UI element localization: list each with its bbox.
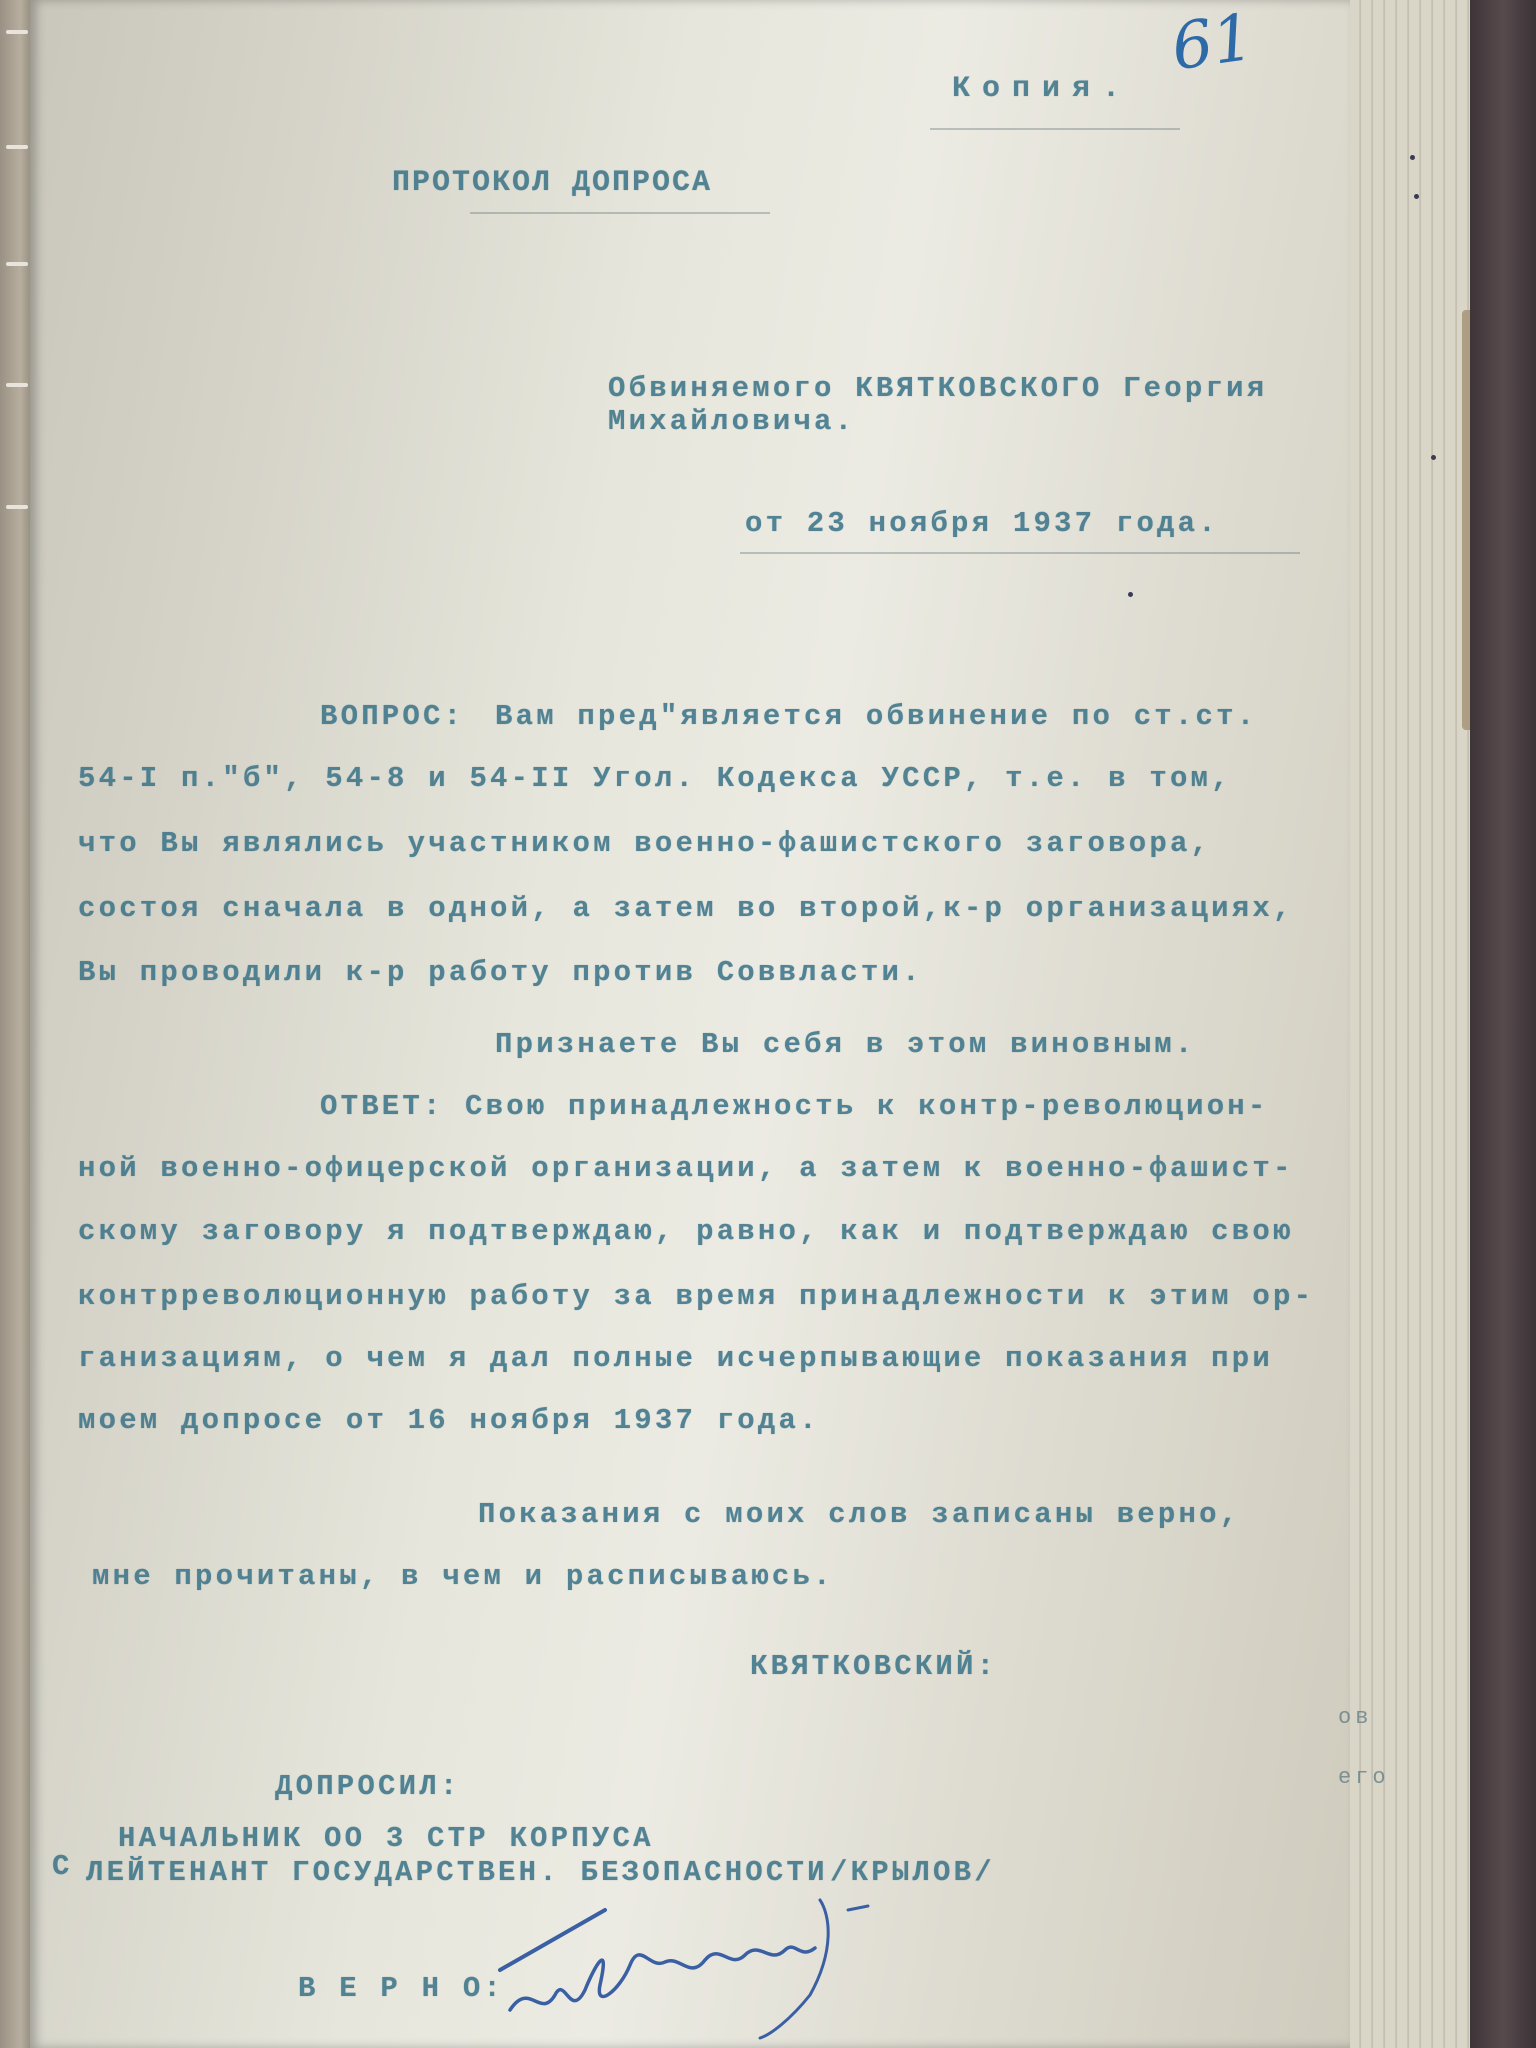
copy-mark: Копия. — [952, 72, 1132, 106]
interrogator-prefix-mark: С — [52, 1850, 73, 1883]
subject-line-1: Обвиняемого КВЯТКОВСКОГО Георгия — [608, 372, 1267, 405]
handwritten-signature-icon — [470, 1870, 950, 2040]
closing-line-1: Показания с моих слов записаны верно, — [478, 1498, 1240, 1531]
interrogator-label: ДОПРОСИЛ: — [275, 1770, 460, 1803]
answer-line: ной военно-офицерской организации, а зат… — [78, 1152, 1294, 1185]
answer-line: скому заговору я подтверждаю, равно, как… — [78, 1215, 1294, 1248]
answer-line: ганизациям, о чем я дал полные исчерпыва… — [78, 1342, 1273, 1375]
question-line: Вы проводили к-р работу против Соввласти… — [78, 956, 923, 989]
document-title: ПРОТОКОЛ ДОПРОСА — [392, 166, 712, 200]
ink-speck — [1414, 194, 1419, 199]
answer-line: контрреволюционную работу за время прина… — [78, 1280, 1314, 1313]
subject-line-2: Михайловича. — [608, 405, 855, 438]
question-line: что Вы являлись участником военно-фашист… — [78, 827, 1211, 860]
answer-label: ОТВЕТ: — [320, 1090, 444, 1123]
question-label: ВОПРОС: — [320, 700, 464, 733]
ink-speck — [1410, 155, 1415, 160]
document-photo: ов его 61 Копия. ПРОТОКОЛ ДОПРОСА Обвиня… — [0, 0, 1536, 2048]
ink-speck — [1128, 592, 1133, 597]
title-underline — [470, 212, 770, 214]
date-line: от 23 ноября 1937 года. — [745, 507, 1219, 540]
date-underline — [740, 552, 1300, 554]
ink-speck — [1431, 455, 1436, 460]
interrogator-position: НАЧАЛЬНИК ОО 3 СТР КОРПУСА — [118, 1822, 654, 1855]
copy-underline — [930, 128, 1180, 130]
typed-content: 61 Копия. ПРОТОКОЛ ДОПРОСА Обвиняемого К… — [0, 0, 1536, 2048]
question-line: 54-I п."б", 54-8 и 54-II Угол. Кодекса У… — [78, 762, 1232, 795]
answer-line: моем допросе от 16 ноября 1937 года. — [78, 1404, 820, 1437]
closing-line-2: мне прочитаны, в чем и расписываюсь. — [92, 1560, 834, 1593]
question-line: состоя сначала в одной, а затем во второ… — [78, 892, 1294, 925]
folio-number: 61 — [1167, 1, 1258, 86]
answer-line: Свою принадлежность к контр-революцион- — [465, 1090, 1269, 1123]
accused-signature-name: КВЯТКОВСКИЙ: — [750, 1650, 997, 1683]
question-line: Признаете Вы себя в этом виновным. — [495, 1028, 1196, 1061]
question-line: Вам пред"является обвинение по ст.ст. — [495, 700, 1257, 733]
